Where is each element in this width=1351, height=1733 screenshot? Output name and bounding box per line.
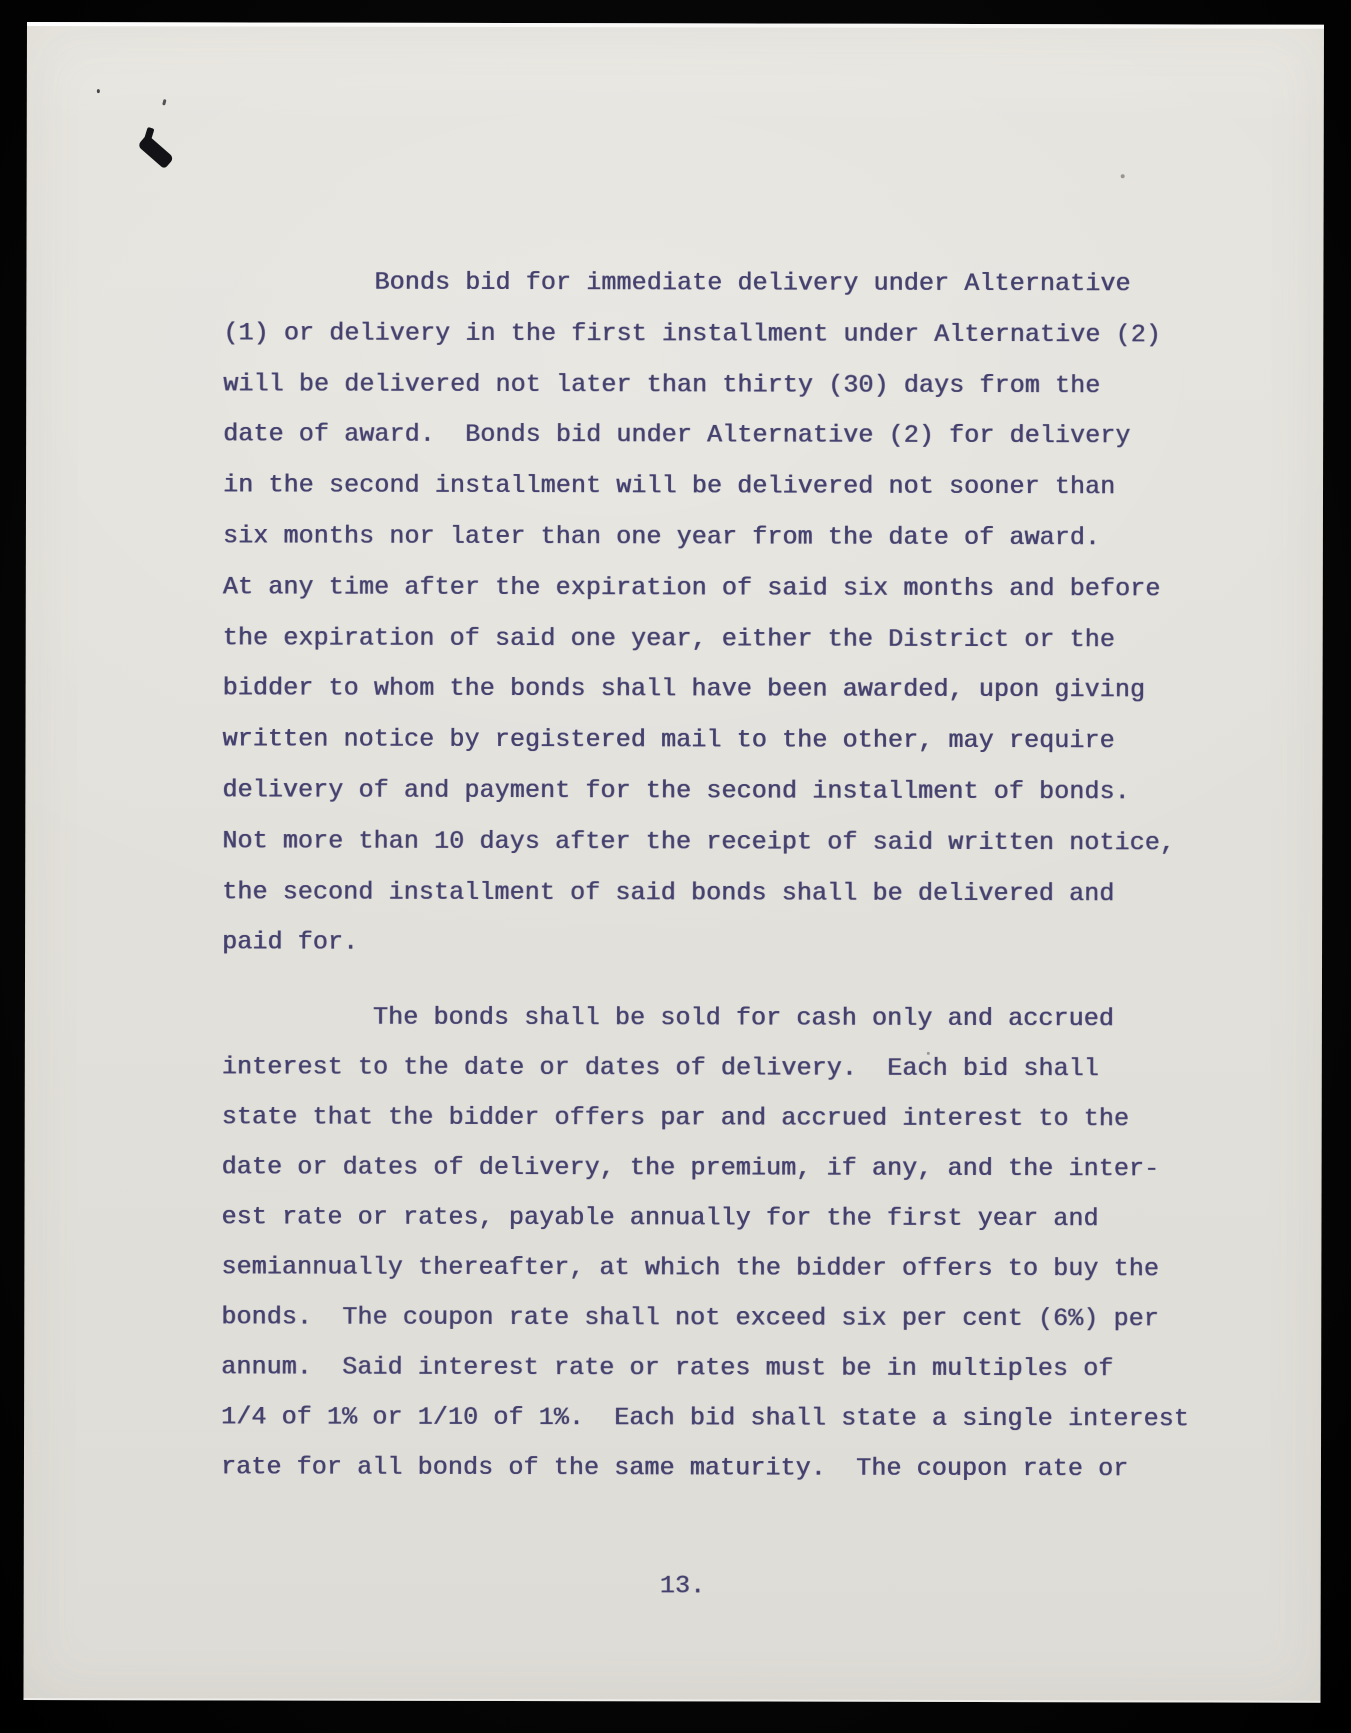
dust-speck: [1121, 174, 1125, 178]
text-line: interest to the date or dates of deliver…: [222, 1043, 1282, 1095]
text-line: the expiration of said one year, either …: [223, 613, 1283, 666]
text-line: state that the bidder offers par and acc…: [222, 1093, 1282, 1145]
text-line: date of award. Bonds bid under Alternati…: [223, 410, 1283, 463]
text-line: (1) or delivery in the first installment…: [223, 308, 1283, 361]
paragraph: The bonds shall be sold for cash only an…: [221, 993, 1282, 1495]
page-number: 13.: [660, 1561, 705, 1612]
text-line: in the second installment will be delive…: [223, 461, 1283, 514]
text-line: The bonds shall be sold for cash only an…: [222, 993, 1282, 1045]
text-line: bidder to whom the bonds shall have been…: [223, 664, 1283, 717]
text-line: paid for.: [222, 918, 1282, 971]
text-line: 1/4 of 1% or 1/10 of 1%. Each bid shall …: [221, 1393, 1281, 1445]
dust-speck: [97, 89, 100, 93]
text-line: Not more than 10 days after the receipt …: [222, 816, 1282, 869]
ink-blot-mark: [137, 134, 174, 169]
text-line: will be delivered not later than thirty …: [223, 359, 1283, 412]
text-line: six months nor later than one year from …: [223, 511, 1283, 564]
text-line: delivery of and payment for the second i…: [222, 765, 1282, 818]
text-line: At any time after the expiration of said…: [223, 562, 1283, 615]
text-line: rate for all bonds of the same maturity.…: [221, 1443, 1281, 1495]
text-line: annum. Said interest rate or rates must …: [221, 1343, 1281, 1395]
text-block: Bonds bid for immediate delivery under A…: [221, 257, 1284, 1494]
text-line: semiannually thereafter, at which the bi…: [221, 1243, 1281, 1295]
text-line: written notice by registered mail to the…: [222, 715, 1282, 768]
scanned-document-photo: Bonds bid for immediate delivery under A…: [0, 0, 1351, 1733]
text-line: bonds. The coupon rate shall not exceed …: [221, 1293, 1281, 1345]
text-line: date or dates of delivery, the premium, …: [222, 1143, 1282, 1195]
text-line: Bonds bid for immediate delivery under A…: [223, 257, 1283, 310]
dust-speck: [162, 99, 166, 106]
text-line: est rate or rates, payable annually for …: [221, 1193, 1281, 1245]
paragraph: Bonds bid for immediate delivery under A…: [222, 257, 1283, 970]
typewritten-page: Bonds bid for immediate delivery under A…: [23, 22, 1324, 1703]
text-line: the second installment of said bonds sha…: [222, 867, 1282, 920]
